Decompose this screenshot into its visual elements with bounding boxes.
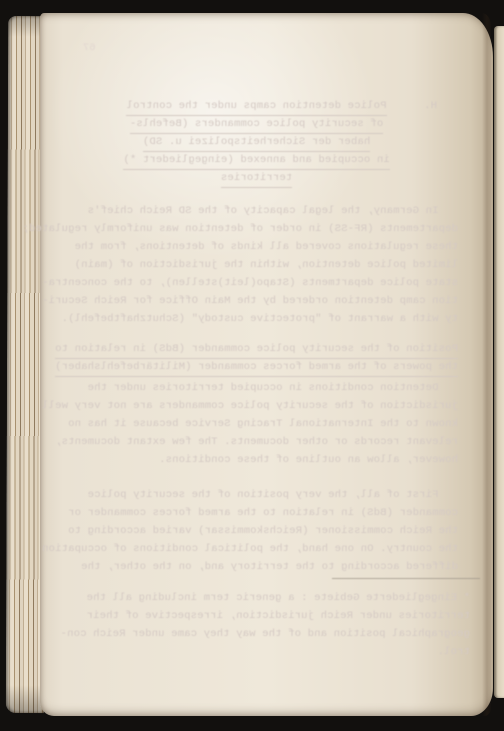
text-line: First of all, the very position of the s… — [55, 486, 458, 504]
text-line: relevant records or other documents. The… — [55, 433, 458, 451]
text-line: the Reich commissioner (Reichskommissar)… — [55, 522, 458, 540]
text-line: commander (BdS) in relation to the armed… — [55, 504, 458, 522]
bleed-heading-line: Police detention camps under the control — [55, 97, 458, 115]
text-line: tion camp detention ordered by the Main … — [55, 292, 458, 310]
text-line: geographical position and of the way the… — [52, 625, 470, 643]
bleed-heading-line: in occupied and annexed (eingegliedert *… — [55, 151, 458, 169]
bleed-section-label: H. — [424, 97, 437, 115]
text-line: these regulations covered all kinds of d… — [55, 238, 458, 256]
text-line: * Eingegliederte Gebiete : a generic ter… — [52, 589, 470, 607]
bleed-subheading-line: Position of the security police commande… — [55, 340, 458, 358]
text-line: ty with a warrant of "protective custody… — [55, 310, 458, 328]
bleed-subheading-line: the powers of the armed forces commander… — [55, 358, 458, 376]
bleed-footnote: * Eingegliederte Gebiete : a generic ter… — [52, 589, 470, 661]
bleed-heading-line: of security police commanders (Befehls- — [55, 115, 458, 133]
text-line: jurisdiction of the security police comm… — [55, 397, 458, 415]
text-line: differed according to the territory and,… — [55, 558, 458, 576]
bleed-heading-line: territories — [55, 169, 458, 187]
bleed-subheading: Position of the security police commande… — [55, 340, 458, 376]
text-line: state police departments (Stapo(leit)ste… — [55, 274, 458, 292]
bleed-paragraph-1: In Germany, the legal capacity of the SD… — [55, 202, 458, 328]
text-line: limited police detention, within the jur… — [55, 256, 458, 274]
text-line: the country. On one hand, the political … — [55, 540, 458, 558]
bleed-heading-line: haber der Sicherheitspolizei u. SD) — [55, 133, 458, 151]
bleed-heading: H. Police detention camps under the cont… — [55, 97, 458, 187]
text-line: departements (RF-SS) in order of detenti… — [55, 220, 458, 238]
footnote-rule — [332, 578, 480, 579]
book-photo-background: 67 H. Police detention camps under the c… — [0, 0, 504, 731]
text-line: territories under Reich jurisdiction, ir… — [52, 607, 470, 625]
text-line: trol. — [52, 643, 470, 661]
text-line: however, allow an outline of these condi… — [55, 451, 458, 469]
bleed-through-text-layer: 67 H. Police detention camps under the c… — [40, 13, 493, 716]
blank-book-page: 67 H. Police detention camps under the c… — [40, 13, 493, 716]
facing-page-sliver — [494, 26, 504, 698]
text-line: In Germany, the legal capacity of the SD… — [55, 202, 458, 220]
text-line: Detention conditions in occupied territo… — [55, 379, 458, 397]
bleed-paragraph-2: Detention conditions in occupied territo… — [55, 379, 458, 469]
bleed-page-number: 67 — [83, 42, 133, 54]
bleed-paragraph-3: First of all, the very position of the s… — [55, 486, 458, 576]
text-line: known to the International Tracing Servi… — [55, 415, 458, 433]
